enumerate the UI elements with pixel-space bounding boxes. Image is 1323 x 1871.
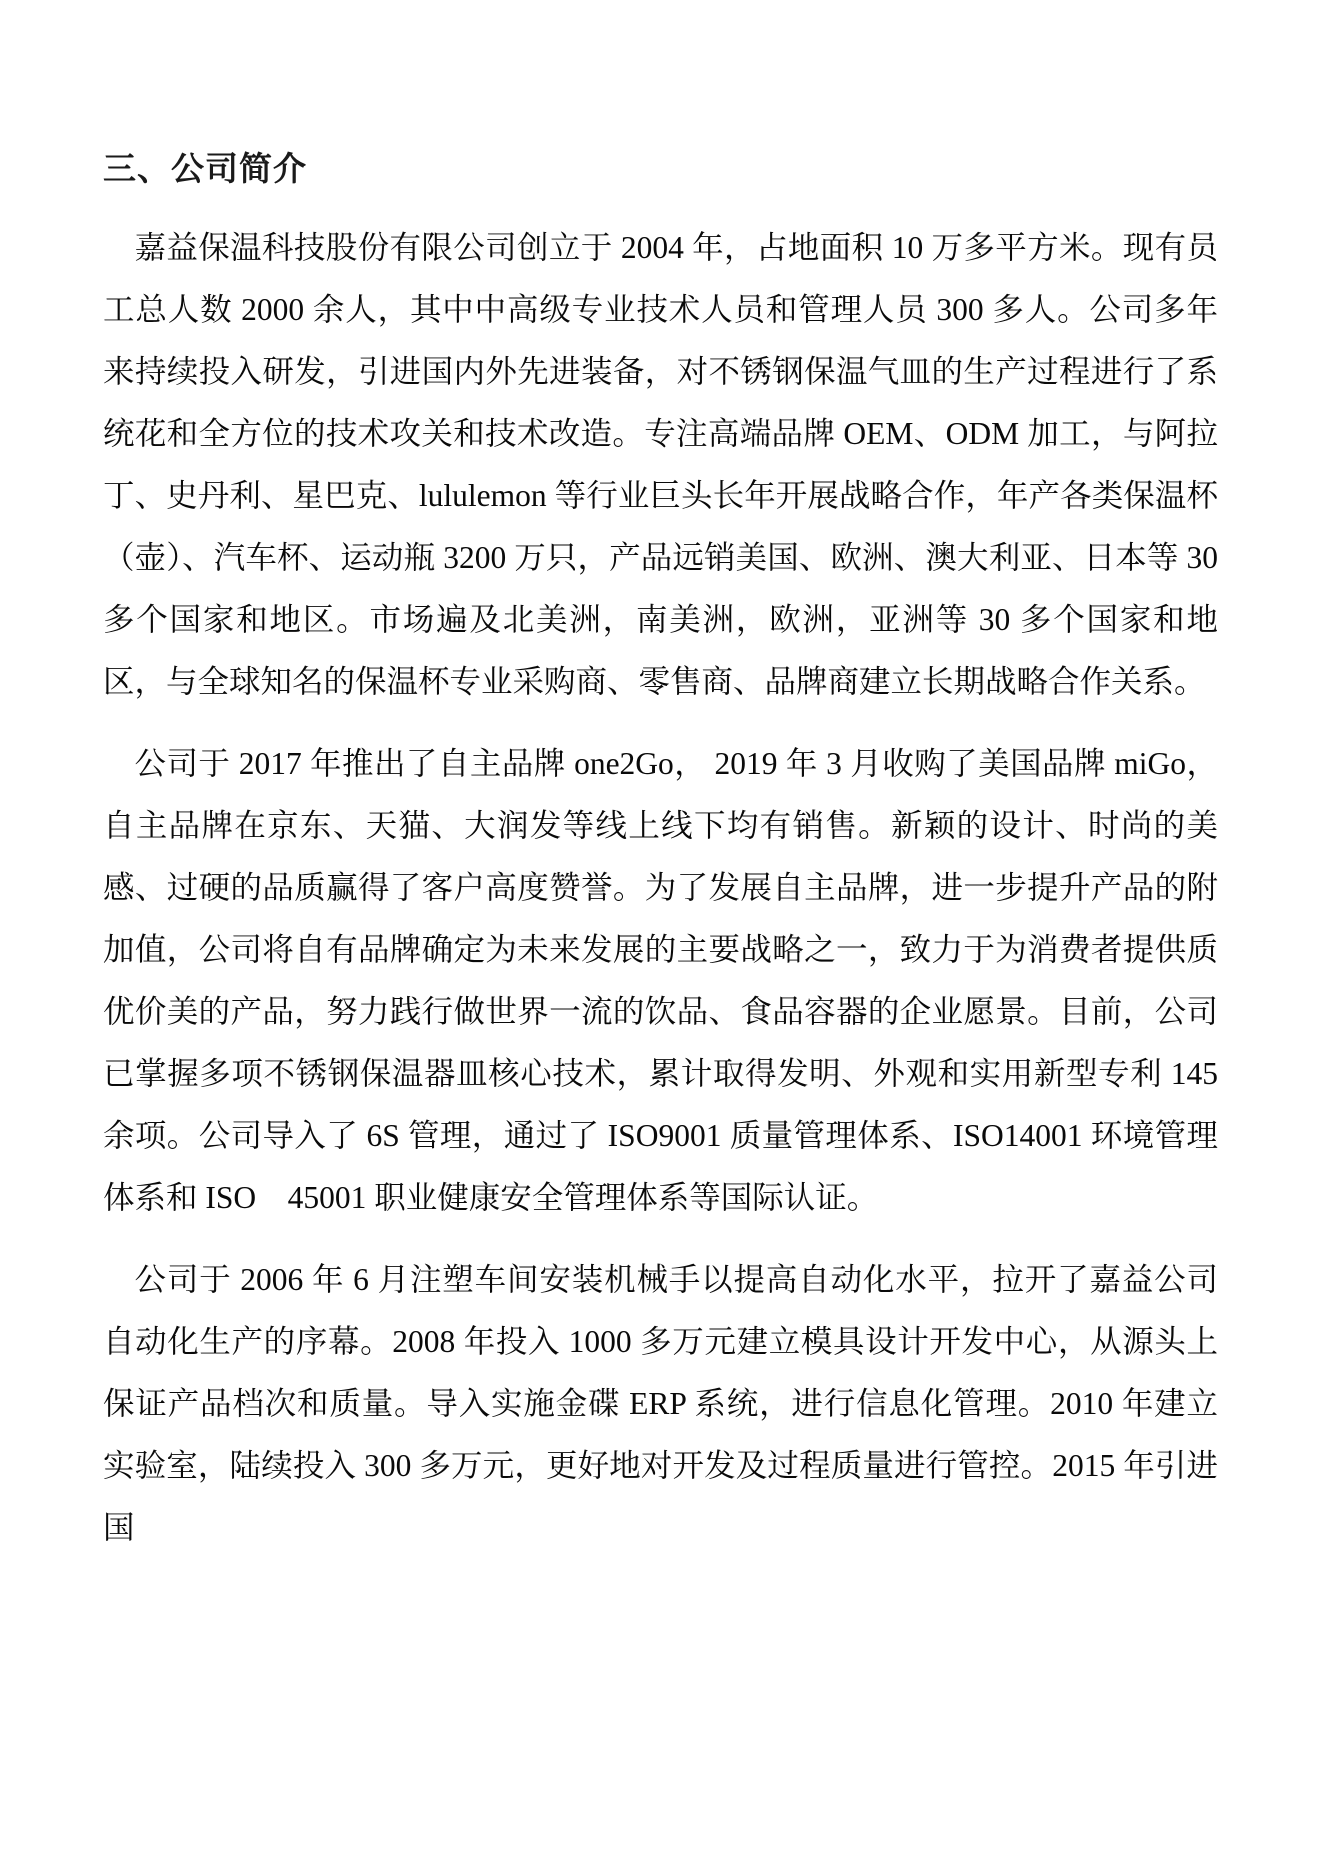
- document-page: 三、公司简介 嘉益保温科技股份有限公司创立于 2004 年，占地面积 10 万多…: [0, 0, 1323, 1871]
- body-paragraph-company-overview: 嘉益保温科技股份有限公司创立于 2004 年，占地面积 10 万多平方米。现有员…: [103, 217, 1218, 713]
- body-paragraph-automation: 公司于 2006 年 6 月注塑车间安装机械手以提高自动化水平，拉开了嘉益公司自…: [103, 1249, 1218, 1559]
- body-paragraph-own-brands: 公司于 2017 年推出了自主品牌 one2Go， 2019 年 3 月收购了美…: [103, 733, 1218, 1229]
- section-heading: 三、公司简介: [103, 148, 1218, 189]
- document-content: 三、公司简介 嘉益保温科技股份有限公司创立于 2004 年，占地面积 10 万多…: [0, 0, 1323, 1559]
